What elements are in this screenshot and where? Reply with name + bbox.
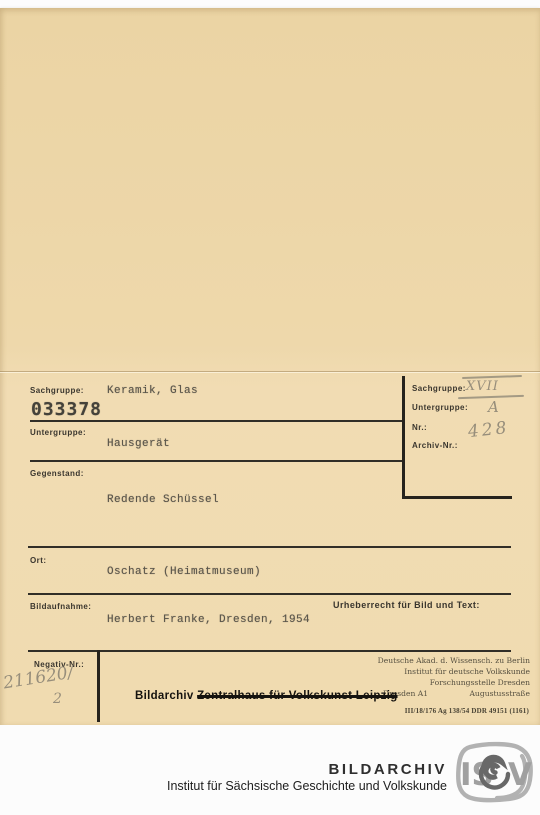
footer-title: BILDARCHIV bbox=[167, 761, 447, 778]
card-fold-crease bbox=[0, 371, 540, 372]
negativ-box-divider bbox=[97, 650, 100, 722]
isgv-logo-icon: IS V bbox=[453, 739, 537, 807]
box-label-nr: Nr.: bbox=[412, 423, 427, 432]
classification-box-left-border bbox=[402, 376, 405, 498]
field-value-sachgruppe: Keramik, Glas bbox=[107, 385, 198, 397]
bildarchiv-stamp: Bildarchiv Zentralhaus für Volkskunst Le… bbox=[135, 690, 398, 702]
footer-text-block: BILDARCHIV Institut für Sächsische Gesch… bbox=[167, 761, 447, 793]
handwritten-negativ-suffix: 2 bbox=[53, 691, 62, 707]
stamp-prefix: Bildarchiv bbox=[135, 690, 197, 702]
institution-line-3: Forschungsstelle Dresden bbox=[300, 677, 530, 688]
field-value-untergruppe: Hausgerät bbox=[107, 438, 170, 450]
box-label-archiv-nr: Archiv-Nr.: bbox=[412, 441, 458, 450]
inventory-stamp-number: 033378 bbox=[31, 399, 102, 420]
field-label-bildaufnahme: Bildaufnahme: bbox=[30, 602, 91, 611]
field-label-urheberrecht: Urheberrecht für Bild und Text: bbox=[333, 600, 480, 610]
rule-above-negativ bbox=[28, 650, 511, 652]
field-value-gegenstand: Redende Schüssel bbox=[107, 494, 219, 506]
institution-line-2: Institut für deutsche Volkskunde bbox=[300, 666, 530, 677]
rule-above-ort bbox=[28, 546, 511, 548]
box-label-sachgruppe: Sachgruppe: bbox=[412, 384, 466, 393]
handwritten-sachgruppe: XVII bbox=[466, 379, 499, 394]
field-label-untergruppe: Untergruppe: bbox=[30, 428, 86, 437]
box-label-untergruppe: Untergruppe: bbox=[412, 403, 468, 412]
rule-above-bildaufnahme bbox=[28, 593, 511, 595]
institution-line-1: Deutsche Akad. d. Wissensch. zu Berlin bbox=[300, 655, 530, 666]
logo-letter-V: V bbox=[508, 757, 532, 793]
classification-box-bottom-border bbox=[402, 496, 512, 499]
institution-imprint: Deutsche Akad. d. Wissensch. zu Berlin I… bbox=[300, 655, 530, 688]
logo-spiral-g bbox=[481, 757, 508, 788]
footer-subtitle: Institut für Sächsische Geschichte und V… bbox=[167, 779, 447, 793]
rule-under-untergruppe bbox=[30, 460, 403, 462]
field-value-bildaufnahme: Herbert Franke, Dresden, 1954 bbox=[107, 614, 310, 626]
field-label-ort: Ort: bbox=[30, 556, 46, 565]
rule-under-sachgruppe bbox=[30, 420, 403, 422]
handwritten-untergruppe: A bbox=[488, 398, 499, 416]
print-code: III/18/176 Ag 138/54 DDR 49151 (1161) bbox=[405, 707, 529, 715]
footer: BILDARCHIV Institut für Sächsische Gesch… bbox=[0, 725, 540, 815]
field-label-gegenstand: Gegenstand: bbox=[30, 469, 84, 478]
field-label-sachgruppe: Sachgruppe: bbox=[30, 386, 84, 395]
stamp-struck-text: Zentralhaus für Volkskunst Leipzig bbox=[197, 690, 397, 702]
institution-street: Augustusstraße bbox=[469, 688, 530, 699]
field-value-ort: Oschatz (Heimatmuseum) bbox=[107, 566, 261, 578]
scan-page: Sachgruppe: Keramik, Glas 033378 Untergr… bbox=[0, 0, 540, 815]
